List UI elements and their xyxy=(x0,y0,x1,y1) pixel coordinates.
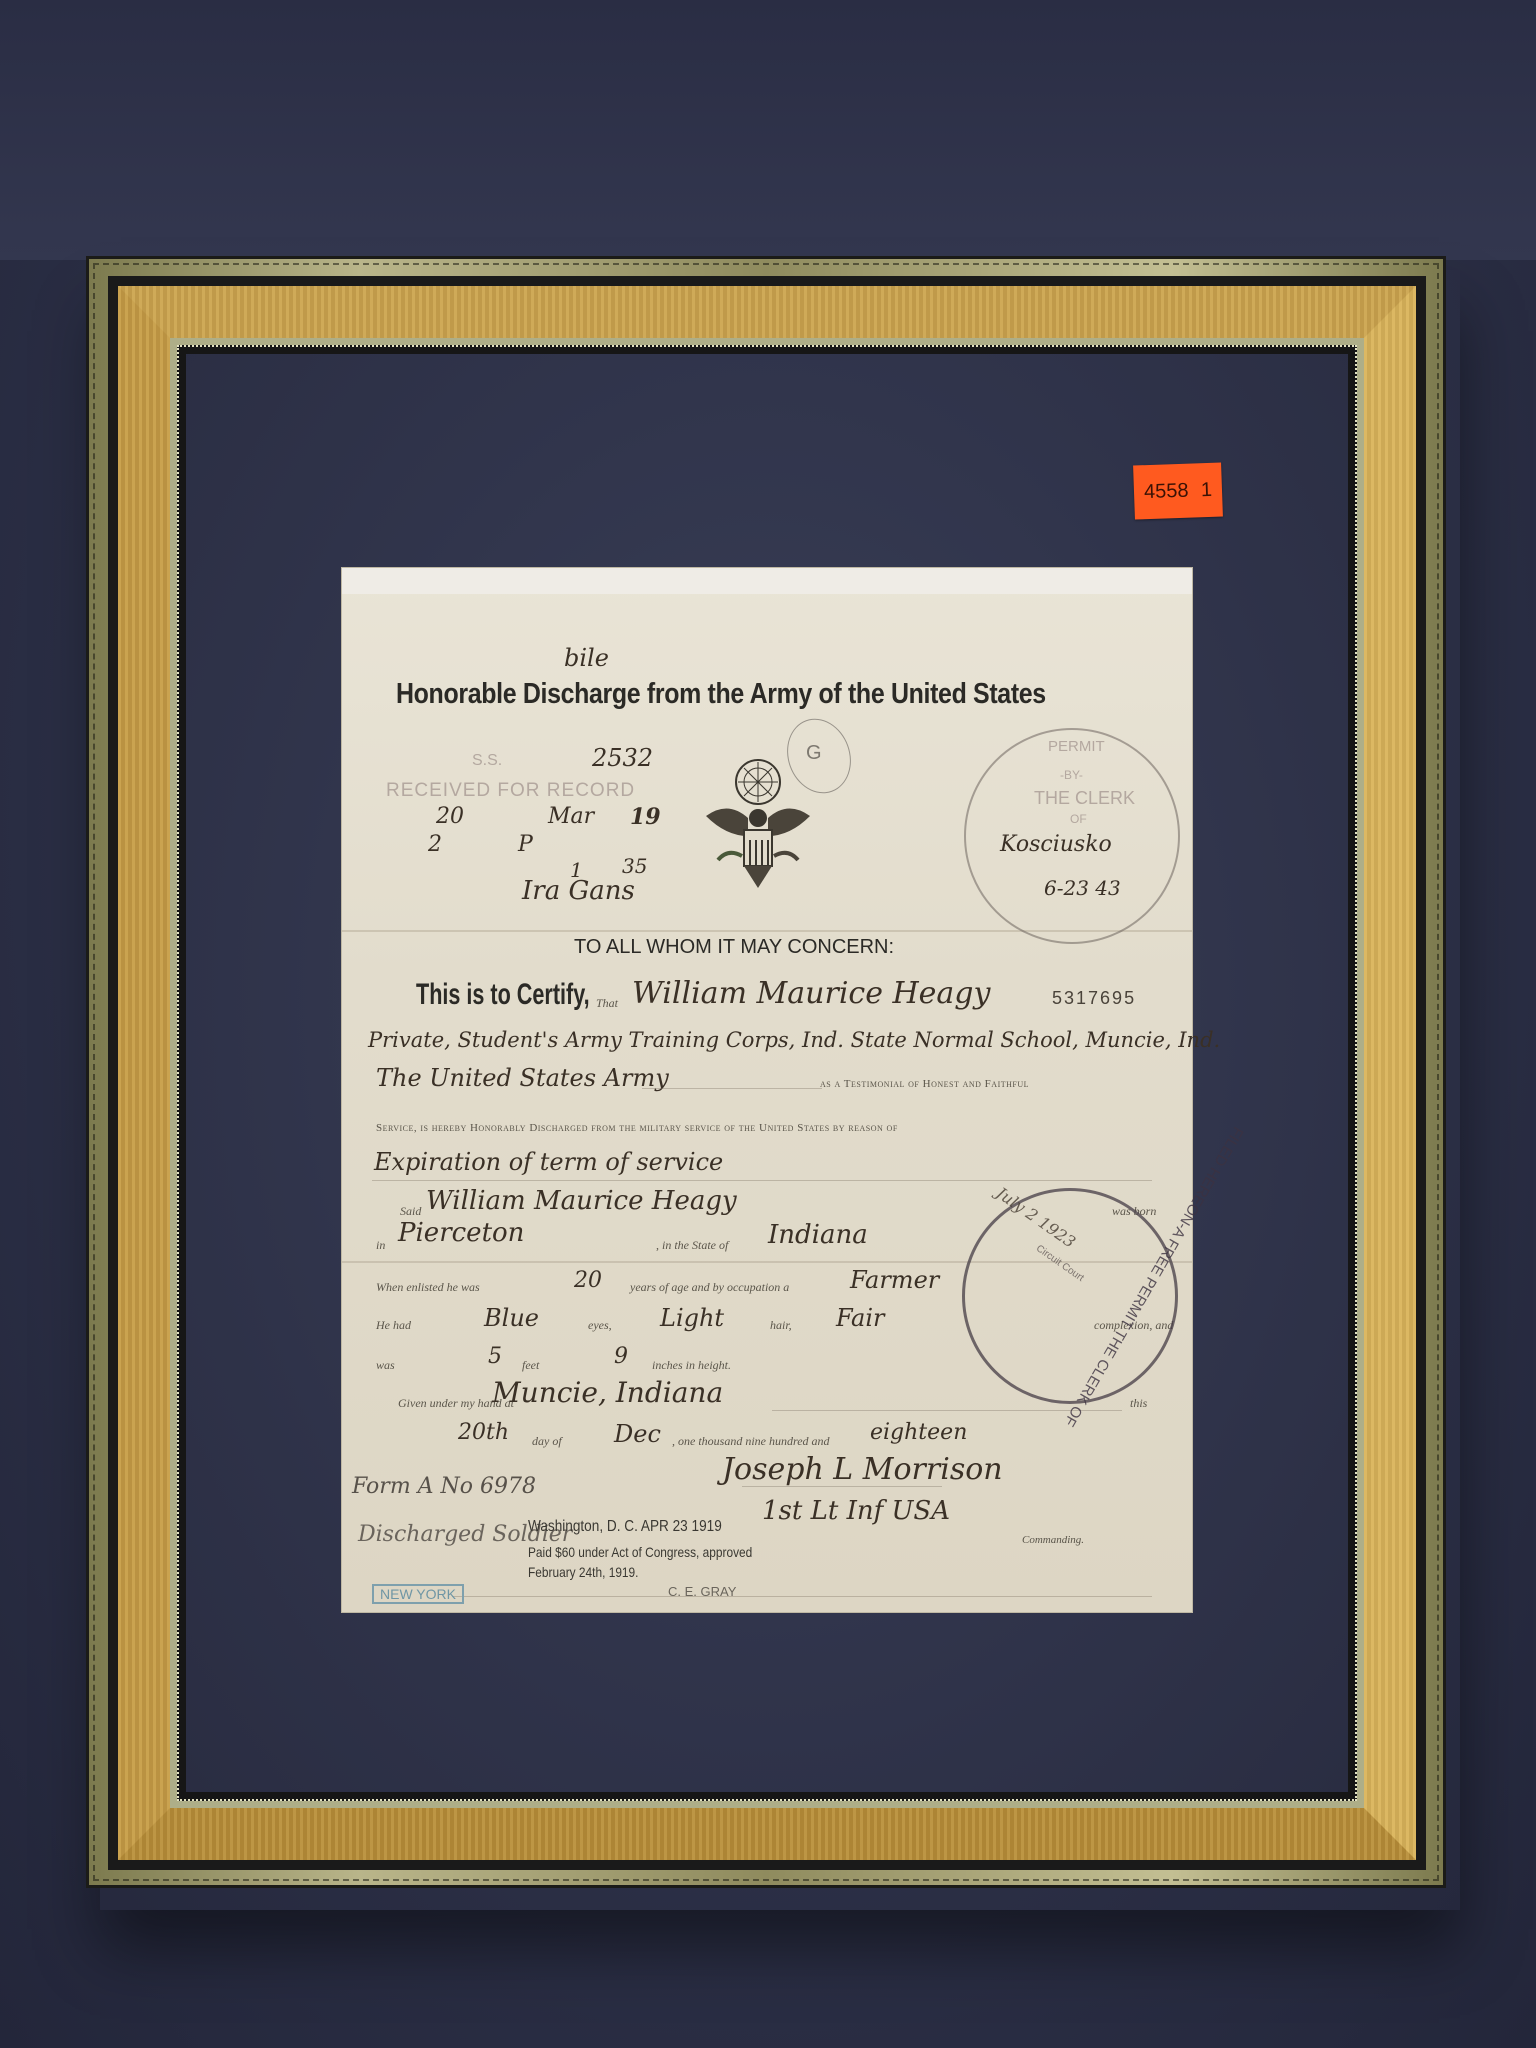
eyes-label: eyes, xyxy=(588,1318,612,1333)
price-tag: 4558 1 xyxy=(1133,462,1223,519)
said-label: Said xyxy=(400,1204,421,1219)
feet-label: feet xyxy=(522,1358,539,1373)
circle-mark-letter: G xyxy=(806,742,822,765)
soldier-name: William Maurice Heagy xyxy=(632,976,990,1011)
payment-stamp-date: Washington, D. C. APR 23 1919 xyxy=(528,1518,722,1536)
fill-line xyxy=(742,1486,942,1487)
recorder-signature: Ira Gans xyxy=(522,876,635,906)
lot-quantity: 1 xyxy=(1200,478,1212,501)
fill-line xyxy=(642,1088,822,1089)
discharge-month: Dec xyxy=(614,1420,661,1448)
army-line: The United States Army xyxy=(376,1064,669,1092)
commanding-label: Commanding. xyxy=(1022,1534,1084,1546)
annotation-file: bile xyxy=(564,644,609,672)
inches-label: inches in height. xyxy=(652,1358,731,1373)
fill-line xyxy=(452,1596,1152,1597)
clerk-stamp-clerk: THE CLERK xyxy=(1034,788,1135,809)
occupation: Farmer xyxy=(850,1266,939,1294)
day-of-label: day of xyxy=(532,1434,562,1449)
said-name: William Maurice Heagy xyxy=(426,1186,737,1216)
serial-number: 5317695 xyxy=(1052,988,1136,1009)
record-day: 20 xyxy=(436,804,464,829)
age: 20 xyxy=(574,1268,602,1293)
state-label: , in the State of xyxy=(656,1238,728,1253)
clerk-stamp-of: OF xyxy=(1070,812,1087,826)
lot-number: 4558 xyxy=(1144,479,1189,504)
birth-state: Indiana xyxy=(768,1220,868,1250)
ss-number: 2532 xyxy=(592,744,653,772)
record-page: 35 xyxy=(622,854,647,878)
enlisted-label: When enlisted he was xyxy=(376,1280,480,1295)
had-label: He had xyxy=(376,1318,411,1333)
discharge-year: eighteen xyxy=(870,1420,967,1445)
backdrop xyxy=(0,0,1536,260)
fill-line xyxy=(372,1180,1152,1181)
clerk-stamp-by: -BY- xyxy=(1060,768,1083,782)
paper-top-strip xyxy=(342,568,1192,594)
birthplace: Pierceton xyxy=(398,1218,524,1248)
hair-color: Light xyxy=(660,1304,724,1332)
record-year: 19 xyxy=(630,804,661,830)
height-feet: 5 xyxy=(488,1344,502,1369)
hair-label: hair, xyxy=(770,1318,792,1333)
occupation-label: years of age and by occupation a xyxy=(630,1280,789,1295)
discharge-reason: Expiration of term of service xyxy=(374,1148,723,1176)
officer-signature: Joseph L Morrison xyxy=(722,1452,1003,1487)
unit-line: Private, Student's Army Training Corps, … xyxy=(368,1028,1220,1052)
clerk-stamp-permit: PERMIT xyxy=(1048,738,1105,755)
that-label: That xyxy=(596,996,618,1011)
payment-stamp-line1: Paid $60 under Act of Congress, approved xyxy=(528,1544,752,1560)
year-text-label: , one thousand nine hundred and xyxy=(672,1434,830,1449)
new-york-stamp: NEW YORK xyxy=(372,1584,464,1604)
discharge-document: bile Honorable Discharge from the Army o… xyxy=(342,568,1192,1612)
service-text: Service, is hereby Honorably Discharged … xyxy=(376,1122,898,1134)
eye-color: Blue xyxy=(484,1304,539,1332)
officer-title: 1st Lt Inf USA xyxy=(762,1496,950,1526)
testimonial-text: as a Testimonial of Honest and Faithful xyxy=(820,1078,1029,1090)
payment-stamp-line2: February 24th, 1919. xyxy=(528,1564,638,1580)
certify-label: This is to Certify, xyxy=(416,978,590,1012)
record-month: Mar xyxy=(548,804,594,829)
record-hour: 2 xyxy=(428,832,442,857)
discharge-day: 20th xyxy=(458,1420,509,1445)
was-label: was xyxy=(376,1358,395,1373)
form-number: Form A No 6978 xyxy=(352,1474,536,1499)
heading-to-all: TO ALL WHOM IT MAY CONCERN: xyxy=(574,936,894,959)
ss-label: S.S. xyxy=(472,752,502,770)
clerk-date: 6-23 43 xyxy=(1044,876,1121,900)
given-place: Muncie, Indiana xyxy=(492,1376,723,1409)
received-for-record: RECEIVED FOR RECORD xyxy=(386,780,635,802)
in-label: in xyxy=(376,1238,385,1253)
record-ampm: P xyxy=(518,832,533,857)
height-inches: 9 xyxy=(614,1344,628,1369)
clerk-county: Kosciusko xyxy=(1000,832,1112,857)
document-title: Honorable Discharge from the Army of the… xyxy=(396,678,1046,711)
this-label: this xyxy=(1130,1396,1147,1411)
payment-officer: C. E. GRAY xyxy=(668,1584,736,1599)
complexion: Fair xyxy=(836,1304,884,1332)
